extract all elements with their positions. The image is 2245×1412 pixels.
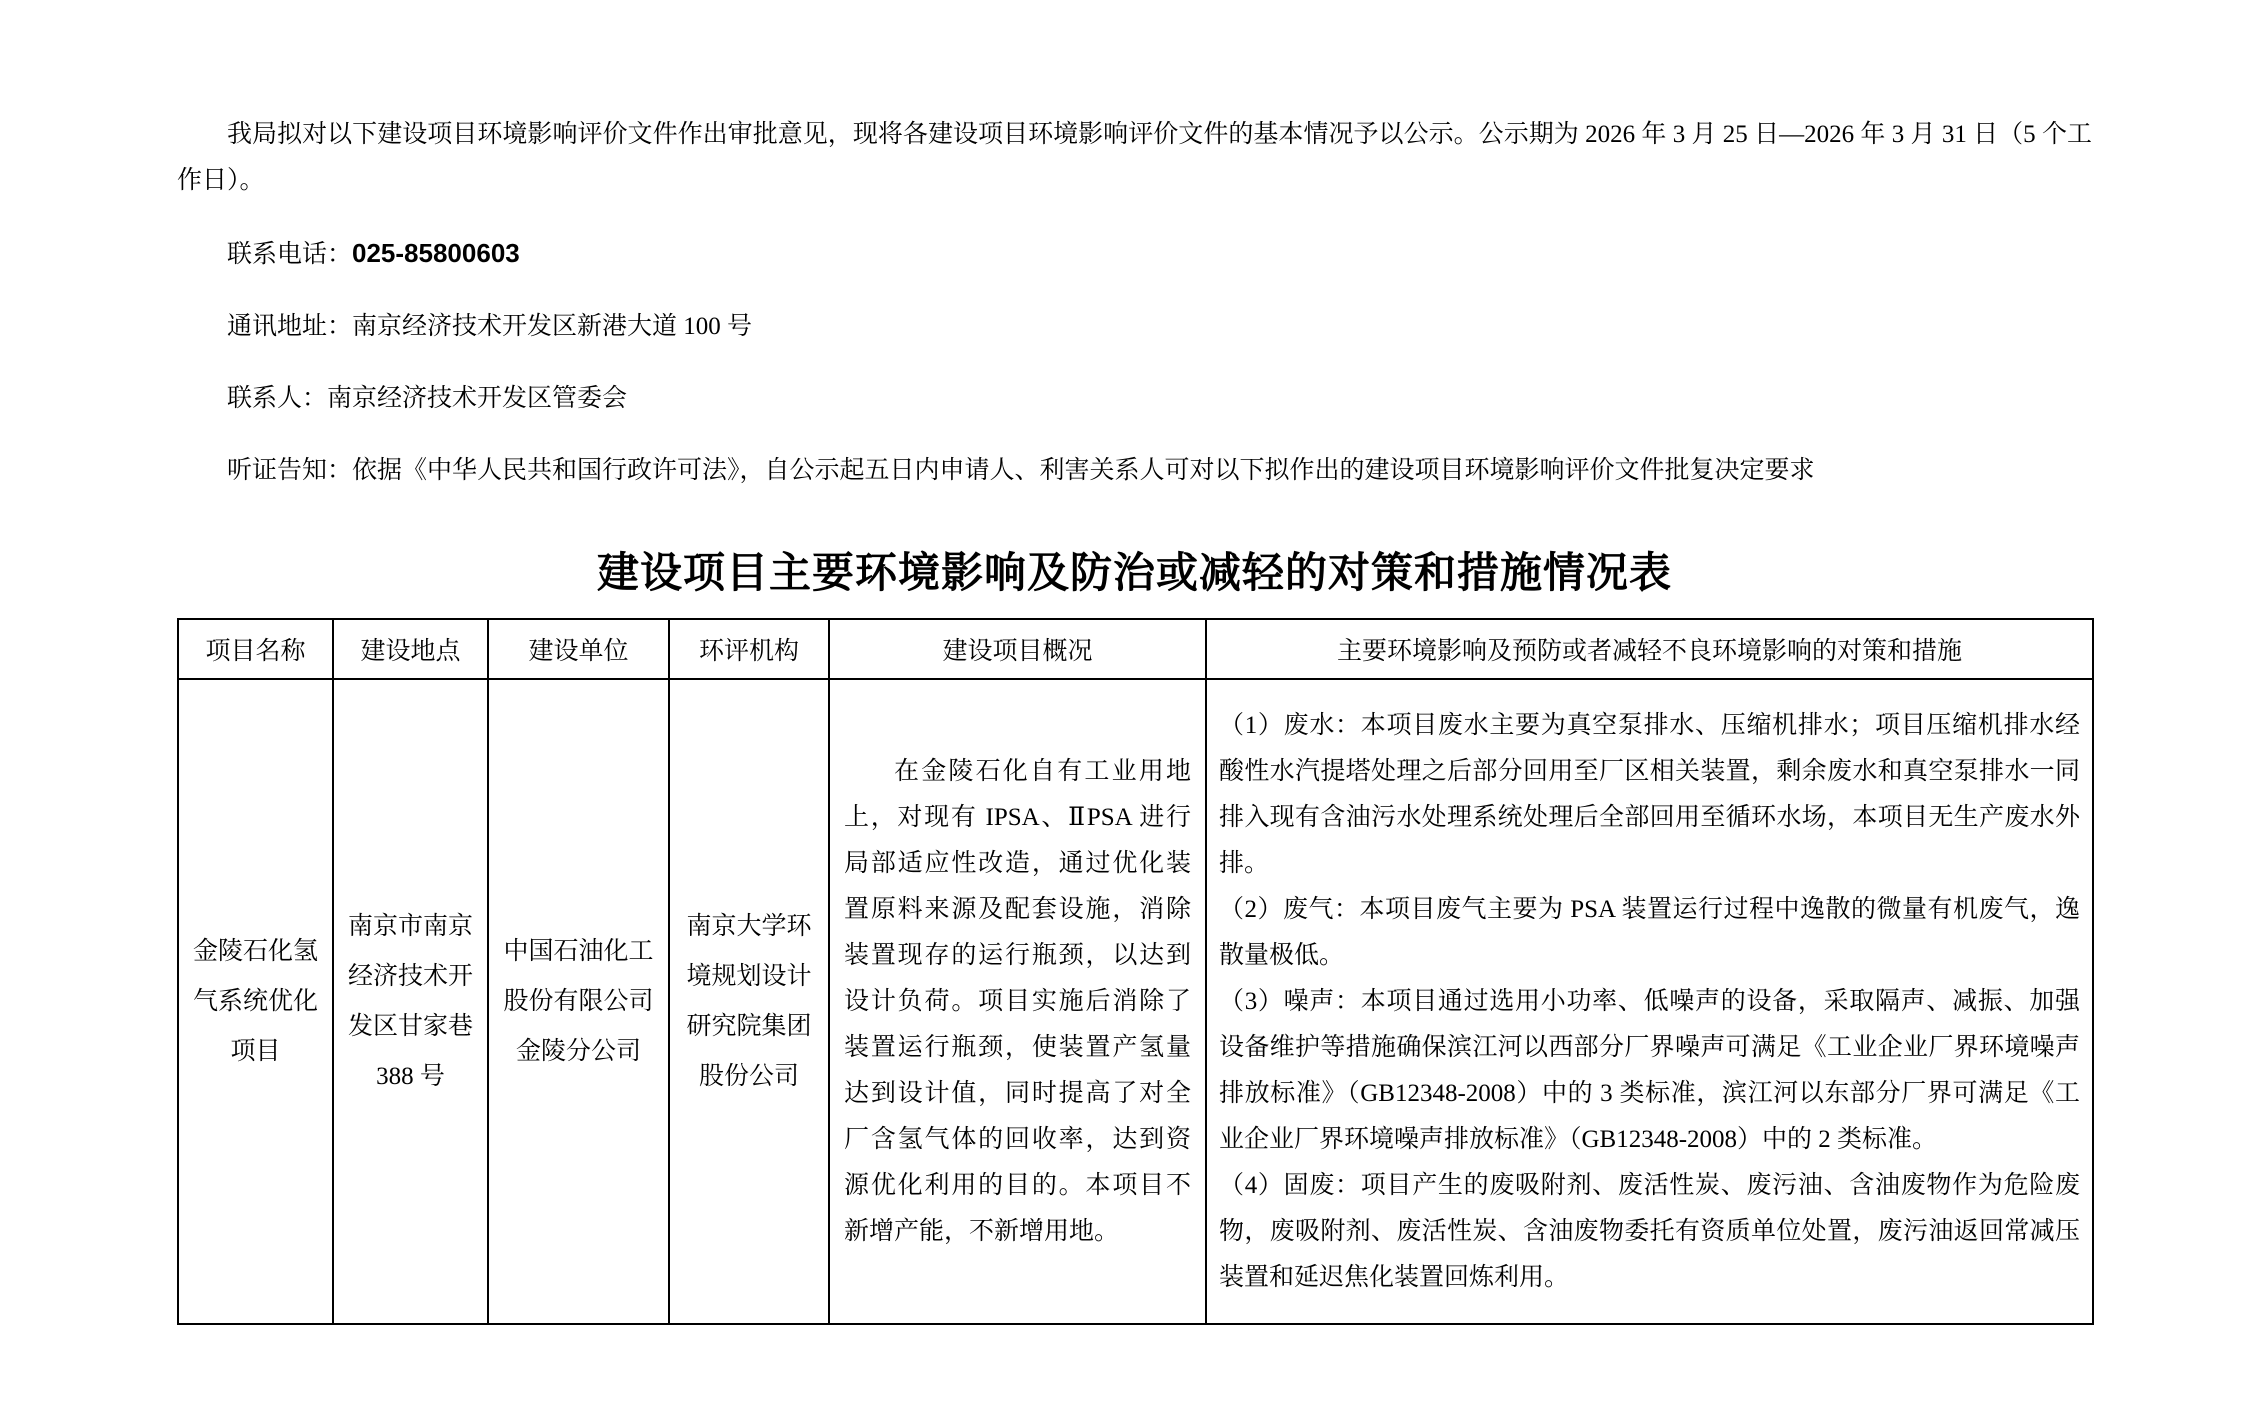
intro-paragraph: 我局拟对以下建设项目环境影响评价文件作出审批意见，现将各建设项目环境影响评价文件… — [177, 112, 2092, 204]
header-project-name: 项目名称 — [178, 619, 333, 679]
hearing-notice-line: 听证告知：依据《中华人民共和国行政许可法》，自公示起五日内申请人、利害关系人可对… — [177, 448, 2092, 494]
overview-text: 在金陵石化自有工业用地上，对现有 IPSA、ⅡPSA 进行局部适应性改造，通过优… — [844, 749, 1191, 1255]
mailing-address-line: 通讯地址：南京经济技术开发区新港大道 100 号 — [177, 304, 2092, 350]
header-eia-agency: 环评机构 — [669, 619, 829, 679]
cell-eia-agency: 南京大学环境规划设计研究院集团股份公司 — [669, 679, 829, 1324]
contact-phone-value: 025-85800603 — [352, 238, 520, 268]
cell-project-name: 金陵石化氢气系统优化项目 — [178, 679, 333, 1324]
measure-solid-waste: （4）固废：项目产生的废吸附剂、废活性炭、废污油、含油废物作为危险废物，废吸附剂… — [1219, 1163, 2080, 1301]
eia-projects-table: 项目名称 建设地点 建设单位 环评机构 建设项目概况 主要环境影响及预防或者减轻… — [177, 618, 2094, 1325]
measure-wastewater: （1）废水：本项目废水主要为真空泵排水、压缩机排水；项目压缩机排水经酸性水汽提塔… — [1219, 703, 2080, 887]
cell-measures: （1）废水：本项目废水主要为真空泵排水、压缩机排水；项目压缩机排水经酸性水汽提塔… — [1206, 679, 2093, 1324]
contact-person-line: 联系人：南京经济技术开发区管委会 — [177, 376, 2092, 422]
cell-overview: 在金陵石化自有工业用地上，对现有 IPSA、ⅡPSA 进行局部适应性改造，通过优… — [829, 679, 1206, 1324]
document-page: 我局拟对以下建设项目环境影响评价文件作出审批意见，现将各建设项目环境影响评价文件… — [0, 0, 2245, 1412]
table-header-row: 项目名称 建设地点 建设单位 环评机构 建设项目概况 主要环境影响及预防或者减轻… — [178, 619, 2093, 679]
cell-location: 南京市南京经济技术开发区甘家巷 388 号 — [333, 679, 488, 1324]
contact-phone-line: 联系电话：025-85800603 — [177, 230, 2092, 278]
cell-builder: 中国石油化工股份有限公司金陵分公司 — [488, 679, 669, 1324]
measure-exhaust-gas: （2）废气：本项目废气主要为 PSA 装置运行过程中逸散的微量有机废气，逸散量极… — [1219, 887, 2080, 979]
table-title: 建设项目主要环境影响及防治或减轻的对策和措施情况表 — [177, 546, 2092, 602]
measure-noise: （3）噪声：本项目通过选用小功率、低噪声的设备，采取隔声、减振、加强设备维护等措… — [1219, 979, 2080, 1163]
header-builder: 建设单位 — [488, 619, 669, 679]
contact-phone-label: 联系电话： — [227, 241, 352, 268]
table-row: 金陵石化氢气系统优化项目 南京市南京经济技术开发区甘家巷 388 号 中国石油化… — [178, 679, 2093, 1324]
header-measures: 主要环境影响及预防或者减轻不良环境影响的对策和措施 — [1206, 619, 2093, 679]
header-location: 建设地点 — [333, 619, 488, 679]
header-overview: 建设项目概况 — [829, 619, 1206, 679]
